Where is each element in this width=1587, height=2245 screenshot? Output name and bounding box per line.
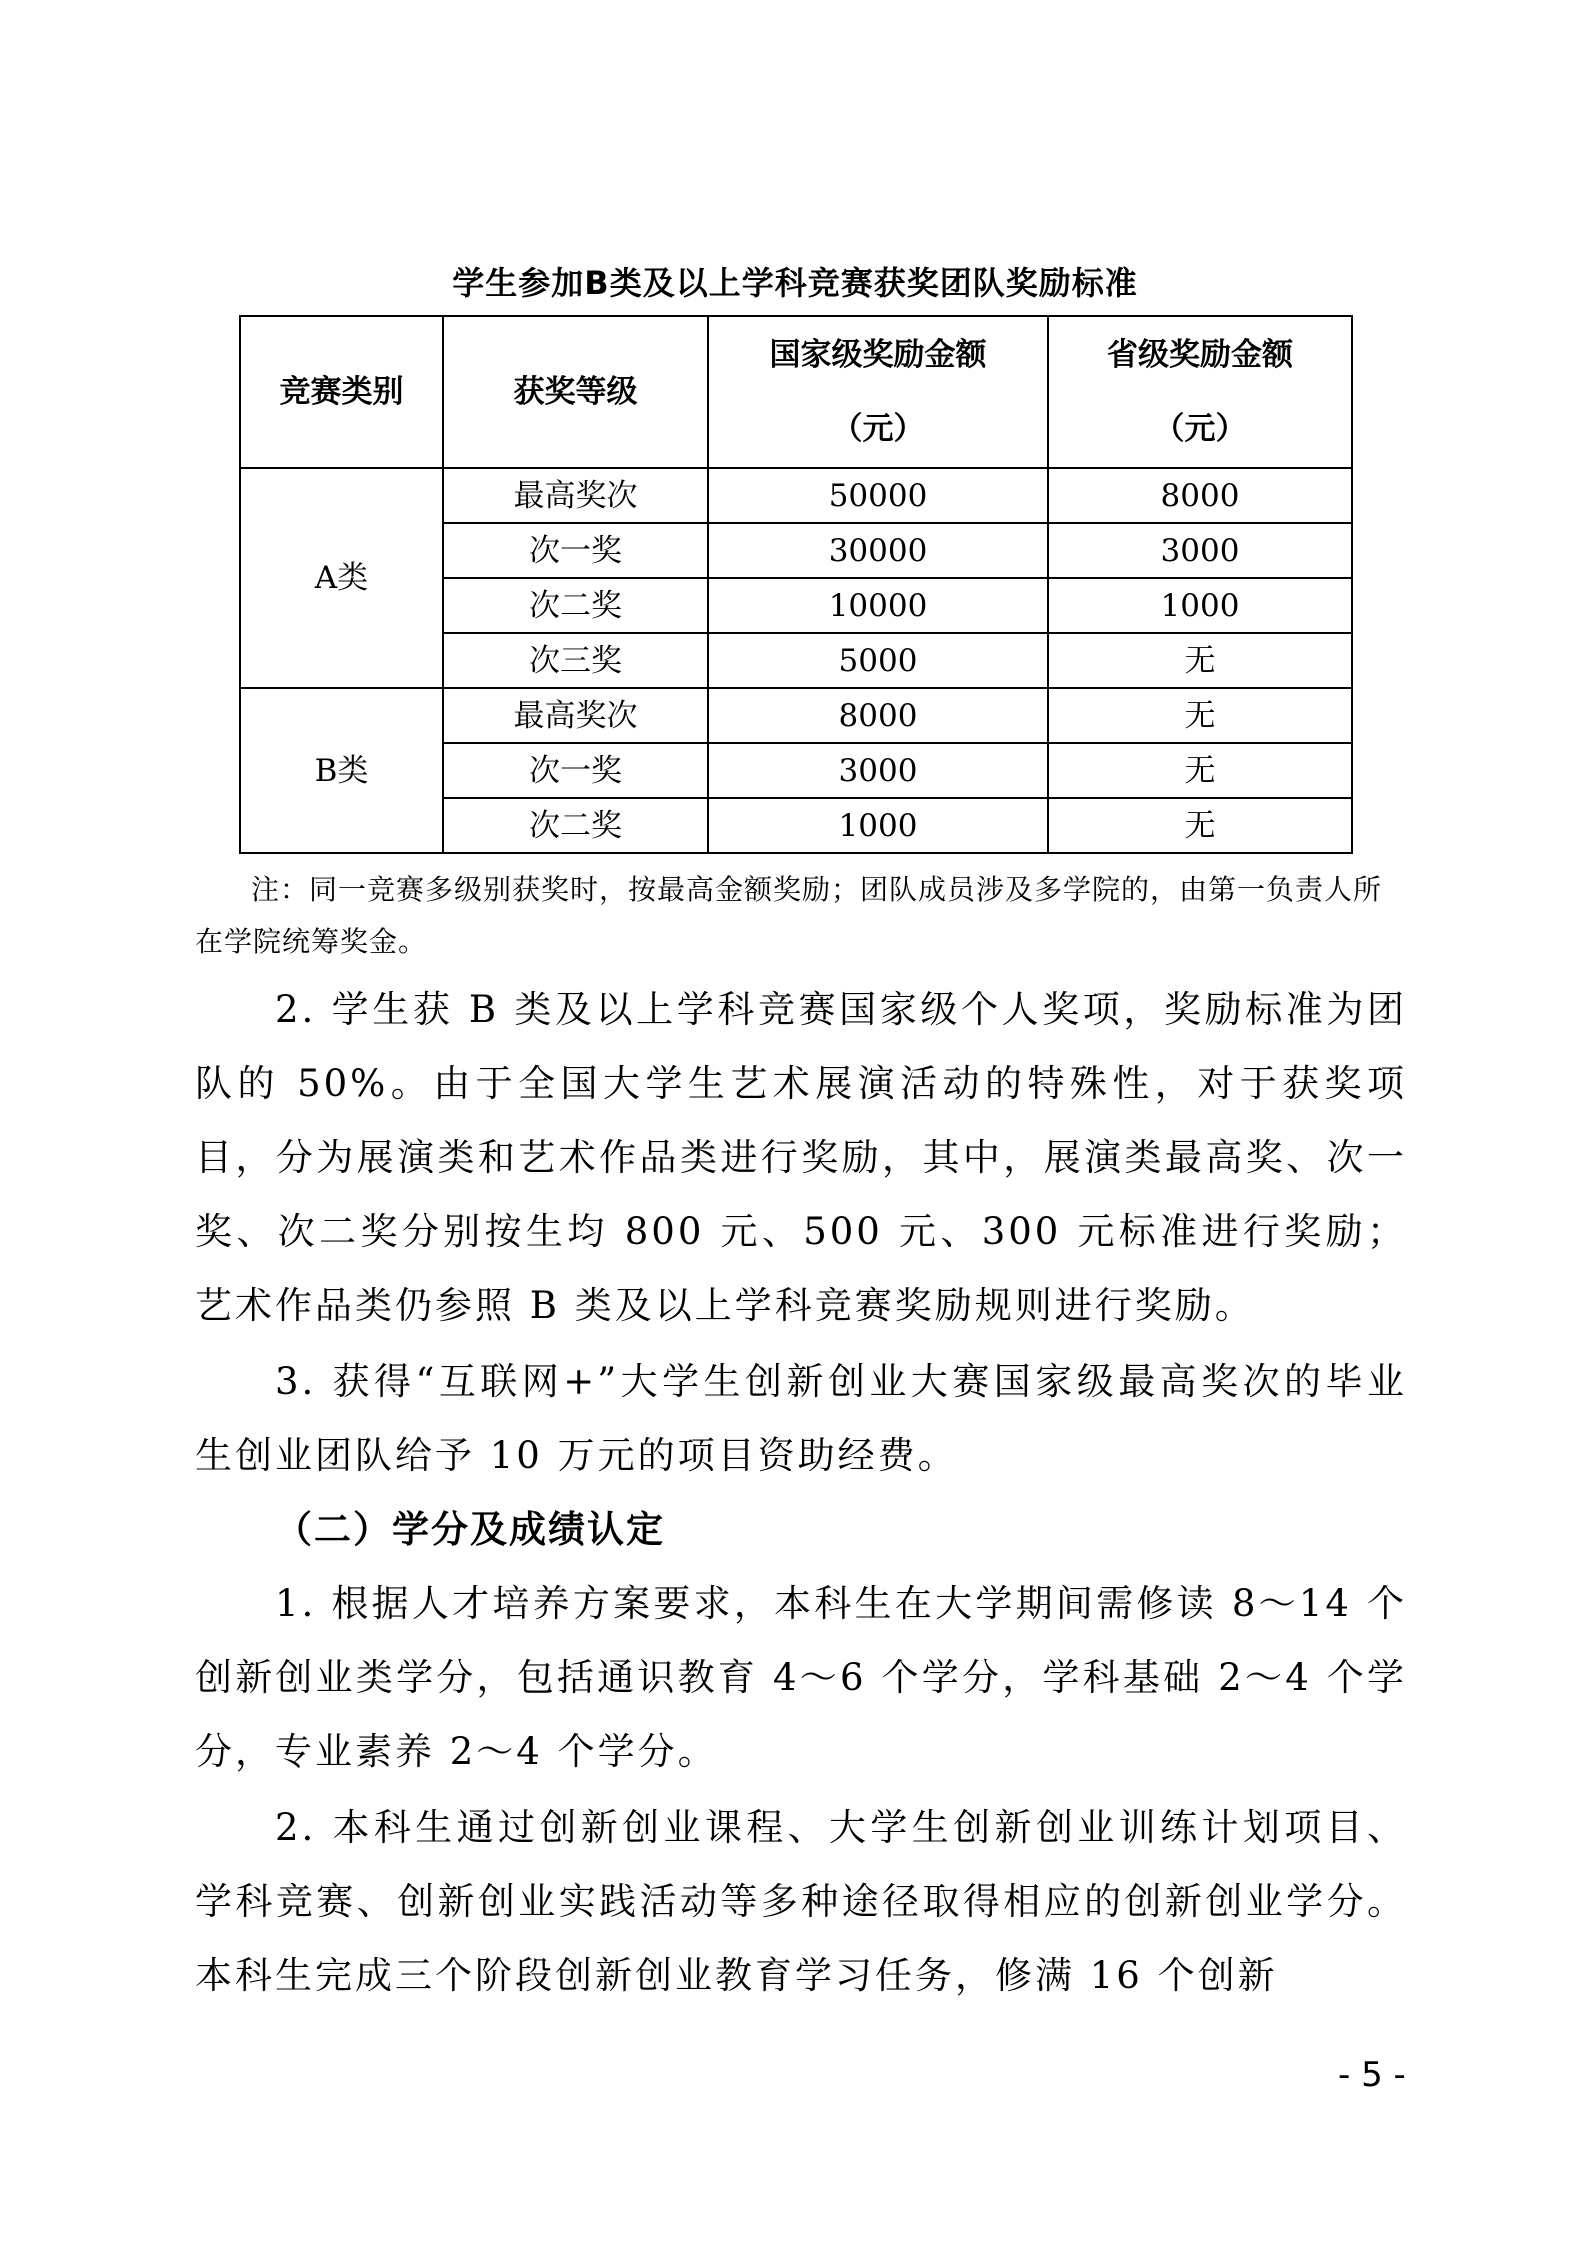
paragraph-credit-requirements: 1. 根据人才培养方案要求，本科生在大学期间需修读 8～14 个创新创业类学分，… [195, 1567, 1407, 1789]
national-amount-cell: 10000 [708, 578, 1048, 633]
level-cell: 次一奖 [443, 523, 708, 578]
level-cell: 次三奖 [443, 633, 708, 688]
provincial-amount-cell: 3000 [1048, 523, 1352, 578]
header-category: 竞赛类别 [240, 316, 443, 468]
table-header-row: 竞赛类别 获奖等级 国家级奖励金额 （元） 省级奖励金额 （元） [240, 316, 1352, 468]
header-provincial-label: 省级奖励金额 [1049, 318, 1351, 392]
section-heading: （二）学分及成绩认定 [275, 1493, 665, 1567]
table-row: B类 最高奖次 8000 无 [240, 688, 1352, 743]
level-cell: 次二奖 [443, 798, 708, 853]
page-number: - 5 - [1338, 2055, 1406, 2095]
level-cell: 最高奖次 [443, 688, 708, 743]
header-provincial-amount: 省级奖励金额 （元） [1048, 316, 1352, 468]
provincial-amount-cell: 8000 [1048, 468, 1352, 523]
national-amount-cell: 3000 [708, 743, 1048, 798]
provincial-amount-cell: 1000 [1048, 578, 1352, 633]
level-cell: 次二奖 [443, 578, 708, 633]
header-national-amount: 国家级奖励金额 （元） [708, 316, 1048, 468]
paragraph-credit-pathways: 2. 本科生通过创新创业课程、大学生创新创业训练计划项目、学科竞赛、创新创业实践… [195, 1791, 1407, 2013]
document-page: 学生参加B类及以上学科竞赛获奖团队奖励标准 竞赛类别 获奖等级 国家级奖励金额 … [0, 0, 1587, 2245]
provincial-amount-cell: 无 [1048, 798, 1352, 853]
header-national-label: 国家级奖励金额 [709, 318, 1047, 392]
header-provincial-unit: （元） [1049, 392, 1351, 466]
table-row: A类 最高奖次 50000 8000 [240, 468, 1352, 523]
award-standard-table: 竞赛类别 获奖等级 国家级奖励金额 （元） 省级奖励金额 （元） A类 最高奖次… [239, 315, 1353, 854]
table-note: 注：同一竞赛多级别获奖时，按最高金额奖励；团队成员涉及多学院的，由第一负责人所在… [195, 864, 1407, 968]
table-title: 学生参加B类及以上学科竞赛获奖团队奖励标准 [239, 258, 1351, 304]
national-amount-cell: 50000 [708, 468, 1048, 523]
national-amount-cell: 30000 [708, 523, 1048, 578]
provincial-amount-cell: 无 [1048, 633, 1352, 688]
provincial-amount-cell: 无 [1048, 688, 1352, 743]
provincial-amount-cell: 无 [1048, 743, 1352, 798]
national-amount-cell: 8000 [708, 688, 1048, 743]
level-cell: 最高奖次 [443, 468, 708, 523]
category-cell: A类 [240, 468, 443, 688]
paragraph-individual-award: 2. 学生获 B 类及以上学科竞赛国家级个人奖项，奖励标准为团队的 50%。由于… [195, 973, 1407, 1343]
national-amount-cell: 1000 [708, 798, 1048, 853]
category-cell: B类 [240, 688, 443, 853]
national-amount-cell: 5000 [708, 633, 1048, 688]
header-level: 获奖等级 [443, 316, 708, 468]
header-national-unit: （元） [709, 392, 1047, 466]
level-cell: 次一奖 [443, 743, 708, 798]
paragraph-internet-plus-funding: 3. 获得“互联网+”大学生创新创业大赛国家级最高奖次的毕业生创业团队给予 10… [195, 1345, 1407, 1493]
